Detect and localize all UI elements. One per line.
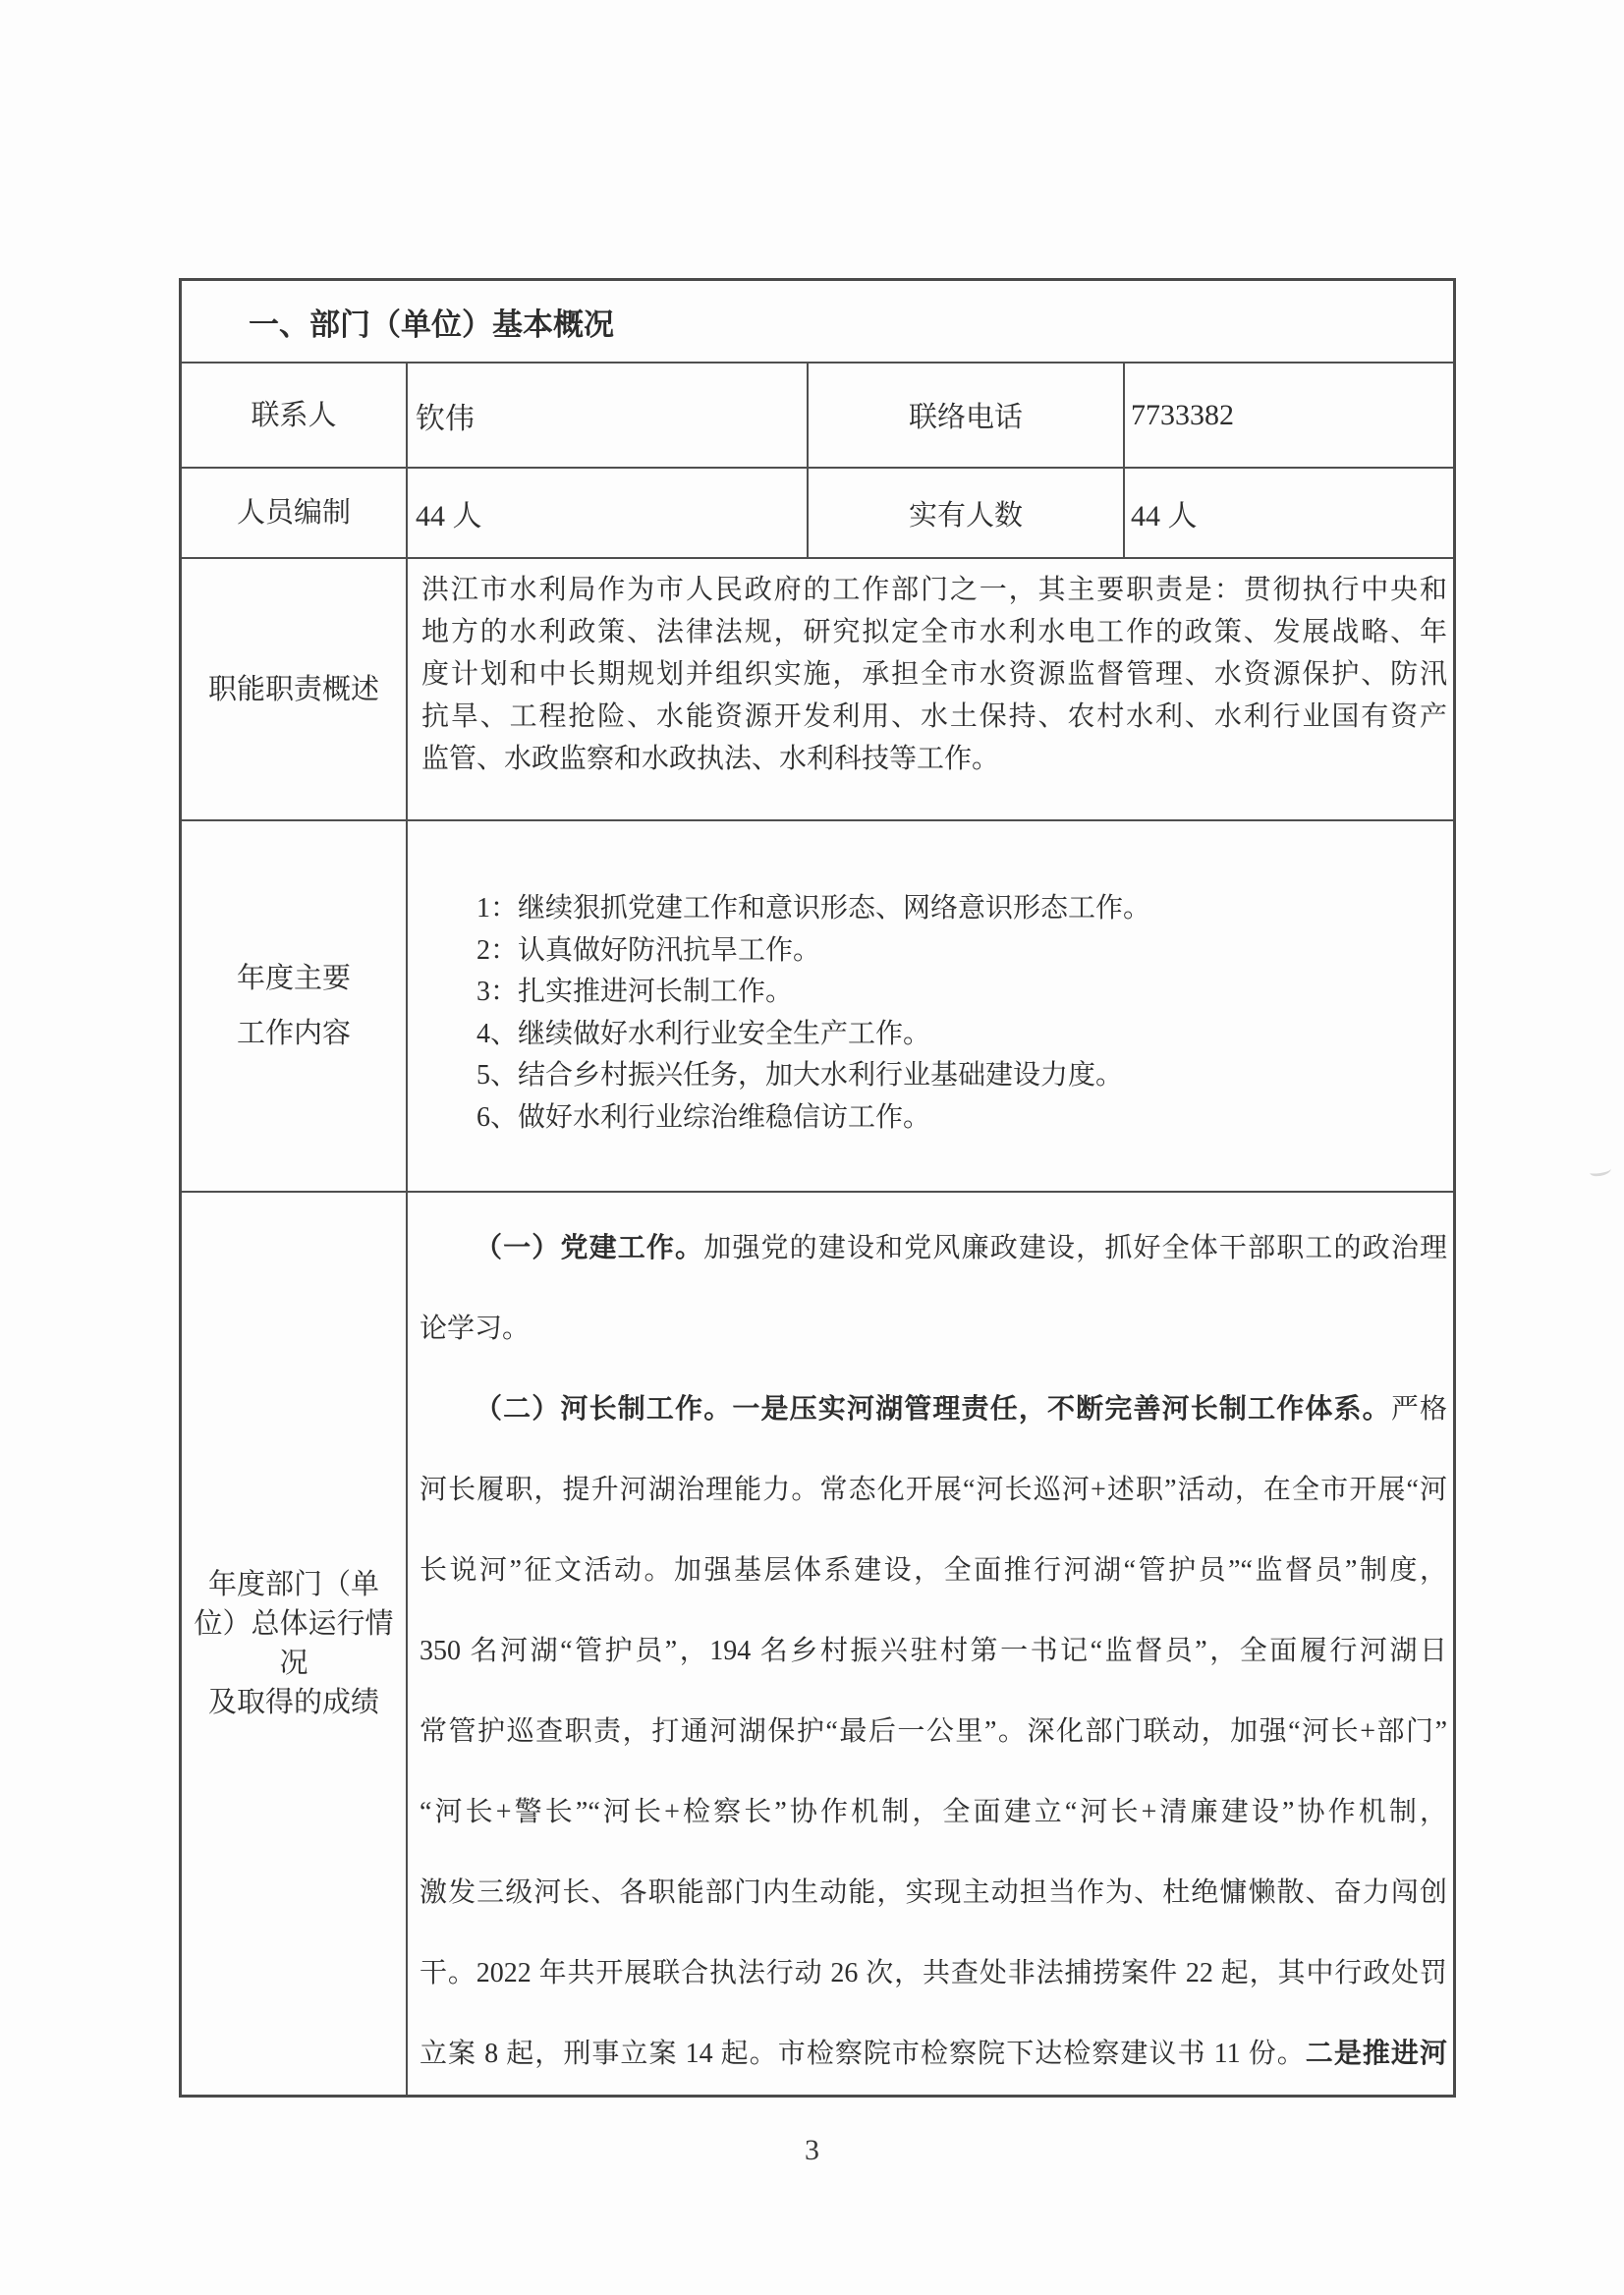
phone-label: 联络电话: [809, 364, 1125, 467]
section-header-row: 一、部门（单位）基本概况: [182, 281, 1453, 364]
duties-text: 洪江市水利局作为市人民政府的工作部门之一，其主要职责是：贯彻执行中央和地方的水利…: [408, 559, 1453, 819]
achievement-line: 论学习。: [420, 1289, 1447, 1370]
achievement-line: 长说河”征文活动。加强基层体系建设，全面推行河湖“管护员”“监督员”制度，: [420, 1531, 1447, 1611]
achievement-text: 350 名河湖“管护员”，194 名乡村振兴驻村第一书记“监督员”，全面履行河湖…: [420, 1636, 1447, 1666]
achievement-line: 干。2022 年共开展联合执法行动 26 次，共查处非法捕捞案件 22 起，其中…: [420, 1933, 1447, 2014]
achievement-bold-text: （二）河长制工作。一是压实河湖管理责任，不断完善河长制工作体系。: [475, 1394, 1391, 1425]
achievement-bold-text: 二是推进河: [1306, 2039, 1447, 2069]
annual-work-list: 1：继续狠抓党建工作和意识形态、网络意识形态工作。2：认真做好防汛抗旱工作。3：…: [408, 821, 1453, 1191]
achievement-line: （一）党建工作。加强党的建设和党风廉政建设，抓好全体干部职工的政治理: [420, 1208, 1447, 1289]
contact-row: 联系人 钦伟 联络电话 7733382: [182, 364, 1453, 469]
duty-line: 洪江市水利局作为市人民政府的工作部门之一，其主要职责是：贯彻执行中央和: [421, 569, 1447, 611]
headcount-value: 44 人: [408, 469, 809, 557]
document-page: 一、部门（单位）基本概况 联系人 钦伟 联络电话 7733382 人员编制 44…: [0, 0, 1624, 2295]
achievement-line: （二）河长制工作。一是压实河湖管理责任，不断完善河长制工作体系。严格: [420, 1370, 1447, 1450]
contact-value: 钦伟: [408, 364, 809, 467]
achievement-text: 干。2022 年共开展联合执法行动 26 次，共查处非法捕捞案件 22 起，其中…: [420, 1958, 1447, 1988]
annual-work-item: 3：扎实推进河长制工作。: [476, 972, 1449, 1014]
operation-achievements-label: 年度部门（单 位）总体运行情况 及取得的成绩: [182, 1193, 408, 2095]
contact-label: 联系人: [182, 364, 408, 467]
achievement-line: 常管护巡查职责，打通河湖保护“最后一公里”。深化部门联动，加强“河长+部门”: [420, 1692, 1447, 1772]
achievement-bold-text: （一）党建工作。: [475, 1233, 703, 1263]
duty-line: 度计划和中长期规划并组织实施，承担全市水资源监督管理、水资源保护、防汛: [421, 653, 1447, 696]
annual-work-label: 年度主要 工作内容: [182, 821, 408, 1191]
phone-value: 7733382: [1125, 364, 1453, 467]
achievement-line: 立案 8 起，刑事立案 14 起。市检察院市检察院下达检察建议书 11 份。二是…: [420, 2014, 1447, 2095]
annual-work-item: 1：继续狠抓党建工作和意识形态、网络意识形态工作。: [476, 888, 1449, 930]
achievement-text: 河长履职，提升河湖治理能力。常态化开展“河长巡河+述职”活动，在全市开展“河: [420, 1475, 1447, 1505]
actual-count-label: 实有人数: [809, 469, 1125, 557]
annual-work-item: 5、结合乡村振兴任务，加大水利行业基础建设力度。: [476, 1055, 1449, 1097]
annual-work-item: 6、做好水利行业综治维稳信访工作。: [476, 1097, 1449, 1140]
achievement-text: 长说河”征文活动。加强基层体系建设，全面推行河湖“管护员”“监督员”制度，: [420, 1555, 1447, 1586]
section-title: 一、部门（单位）基本概况: [182, 300, 614, 344]
department-info-table: 一、部门（单位）基本概况 联系人 钦伟 联络电话 7733382 人员编制 44…: [179, 278, 1456, 2098]
annual-work-item: 4、继续做好水利行业安全生产工作。: [476, 1014, 1449, 1056]
operation-achievements-text: （一）党建工作。加强党的建设和党风廉政建设，抓好全体干部职工的政治理论学习。（二…: [408, 1193, 1453, 2095]
actual-count-value: 44 人: [1125, 469, 1453, 557]
duty-line: 抗旱、工程抢险、水能资源开发利用、水土保持、农村水利、水利行业国有资产: [421, 696, 1447, 738]
achievement-text: 论学习。: [420, 1314, 530, 1344]
achievement-text: 常管护巡查职责，打通河湖保护“最后一公里”。深化部门联动，加强“河长+部门”: [420, 1716, 1447, 1747]
duties-row: 职能职责概述 洪江市水利局作为市人民政府的工作部门之一，其主要职责是：贯彻执行中…: [182, 559, 1453, 821]
achievement-line: 河长履职，提升河湖治理能力。常态化开展“河长巡河+述职”活动，在全市开展“河: [420, 1450, 1447, 1531]
duties-label: 职能职责概述: [182, 559, 408, 819]
duty-line: 地方的水利政策、法律法规，研究拟定全市水利水电工作的政策、发展战略、年: [421, 611, 1447, 653]
achievement-line: “河长+警长”“河长+检察长”协作机制，全面建立“河长+清廉建设”协作机制，: [420, 1772, 1447, 1853]
headcount-label: 人员编制: [182, 469, 408, 557]
scan-artifact: [1589, 1164, 1611, 1177]
annual-work-item: 2：认真做好防汛抗旱工作。: [476, 930, 1449, 973]
staffing-row: 人员编制 44 人 实有人数 44 人: [182, 469, 1453, 559]
achievement-text: 激发三级河长、各职能部门内生动能，实现主动担当作为、杜绝慵懒散、奋力闯创: [420, 1877, 1447, 1908]
achievement-text: “河长+警长”“河长+检察长”协作机制，全面建立“河长+清廉建设”协作机制，: [420, 1797, 1447, 1827]
duty-line: 监管、水政监察和水政执法、水利科技等工作。: [421, 738, 1447, 780]
achievement-line: 激发三级河长、各职能部门内生动能，实现主动担当作为、杜绝慵懒散、奋力闯创: [420, 1853, 1447, 1933]
achievement-line: 350 名河湖“管护员”，194 名乡村振兴驻村第一书记“监督员”，全面履行河湖…: [420, 1611, 1447, 1692]
page-number: 3: [0, 2134, 1624, 2167]
annual-work-row: 年度主要 工作内容 1：继续狠抓党建工作和意识形态、网络意识形态工作。2：认真做…: [182, 821, 1453, 1193]
achievement-text: 立案 8 起，刑事立案 14 起。市检察院市检察院下达检察建议书 11 份。: [420, 2039, 1306, 2069]
achievement-text: 加强党的建设和党风廉政建设，抓好全体干部职工的政治理: [703, 1233, 1447, 1263]
operation-achievements-row: 年度部门（单 位）总体运行情况 及取得的成绩 （一）党建工作。加强党的建设和党风…: [182, 1193, 1453, 2095]
achievement-text: 严格: [1391, 1394, 1447, 1425]
